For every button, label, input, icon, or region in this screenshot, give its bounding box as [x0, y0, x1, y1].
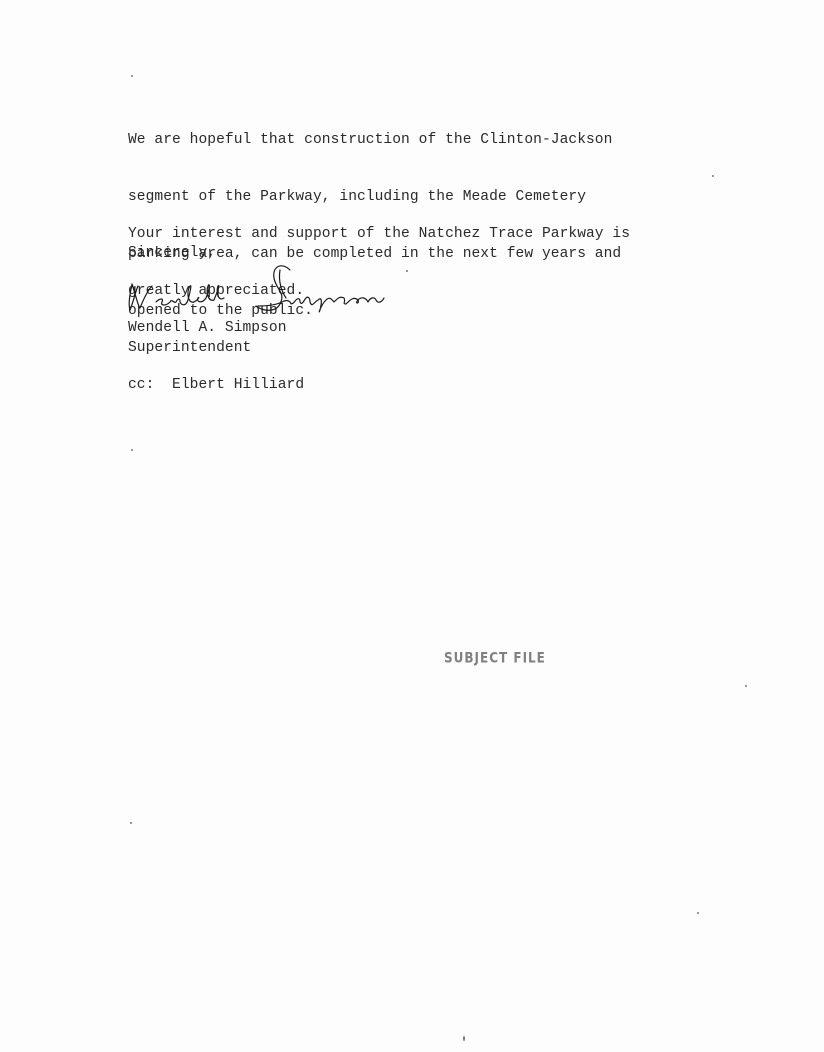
- cc-line: cc: Elbert Hilliard: [128, 376, 304, 395]
- scan-speck: [745, 685, 747, 687]
- text-line: Your interest and support of the Natchez…: [128, 225, 630, 244]
- handwritten-signature: Wendell Simpson: [122, 262, 397, 322]
- closing: Sincerely,: [128, 244, 216, 263]
- scan-speck: [463, 1036, 465, 1041]
- scan-speck: [131, 449, 133, 451]
- scan-speck: [697, 912, 699, 914]
- subject-file-stamp: SUBJECT FILE: [444, 650, 546, 666]
- scan-speck: [130, 822, 132, 824]
- scan-speck: [131, 75, 133, 77]
- scan-speck: [406, 270, 408, 272]
- signer-title: Superintendent: [128, 339, 251, 358]
- scan-speck: [712, 175, 714, 177]
- text-line: We are hopeful that construction of the …: [128, 131, 621, 150]
- signer-name: Wendell A. Simpson: [128, 319, 287, 338]
- letter-page: We are hopeful that construction of the …: [0, 0, 824, 1052]
